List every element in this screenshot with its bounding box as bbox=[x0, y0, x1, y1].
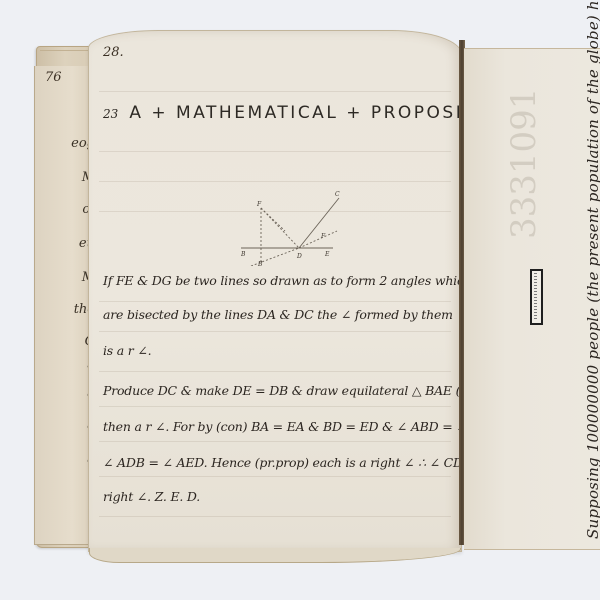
ruled-line bbox=[99, 181, 451, 182]
left-page-number: 76 bbox=[45, 70, 62, 85]
diagram-label: E bbox=[324, 251, 330, 258]
diagram-label: F bbox=[256, 201, 262, 208]
text-line: If FE & DG be two lines so drawn as to f… bbox=[103, 273, 472, 288]
notebook-photo: 76 eog M of eu M the G J a a a 28. 23 A … bbox=[0, 0, 600, 600]
page-number: 28. bbox=[103, 45, 124, 60]
ruled-line bbox=[99, 151, 451, 152]
ruled-line bbox=[99, 441, 451, 442]
diagram-label: B bbox=[257, 261, 263, 266]
main-page: 28. 23 A + MATHEMATICAL + PROPOSITIO bbox=[88, 30, 462, 552]
bleed-through-text: 3331091 bbox=[504, 88, 544, 239]
diagram-label: C bbox=[335, 191, 340, 198]
text-line: right ∠. Z. E. D. bbox=[103, 489, 200, 504]
page-title: A + MATHEMATICAL + PROPOSITIO bbox=[129, 103, 499, 123]
proposition-number: 23 bbox=[103, 107, 118, 121]
text-line: is a r ∠. bbox=[103, 343, 151, 358]
paper-slip-label bbox=[530, 269, 543, 325]
text-line: ∠ ADB = ∠ AED. Hence (pr.prop) each is a… bbox=[103, 455, 497, 470]
text-line: then a r ∠. For by (con) BA = EA & BD = … bbox=[103, 419, 509, 434]
ruled-line bbox=[99, 91, 451, 92]
ruled-line bbox=[99, 476, 451, 477]
diagram-label: F bbox=[320, 233, 326, 240]
ruled-line bbox=[99, 406, 451, 407]
vertical-handwriting: Supposing 100000000 people (the present … bbox=[584, 0, 600, 539]
diagram-label: B bbox=[241, 251, 246, 258]
text-line: Produce DC & make DE = DB & draw equilat… bbox=[103, 383, 489, 398]
diagram-label: D bbox=[296, 253, 302, 260]
ruled-line bbox=[99, 371, 451, 372]
paper-slip-text bbox=[534, 273, 537, 321]
ruled-line bbox=[99, 516, 451, 517]
ruled-line bbox=[99, 301, 451, 302]
geometry-diagram-icon: F C F B D E B bbox=[241, 186, 351, 266]
ruled-line bbox=[99, 331, 451, 332]
text-line: are bisected by the lines DA & DC the ∠ … bbox=[103, 307, 453, 322]
proposition-heading: 23 A + MATHEMATICAL + PROPOSITIO bbox=[103, 103, 500, 123]
right-page: 3331091 Supposing 100000000 people (the … bbox=[464, 48, 600, 550]
